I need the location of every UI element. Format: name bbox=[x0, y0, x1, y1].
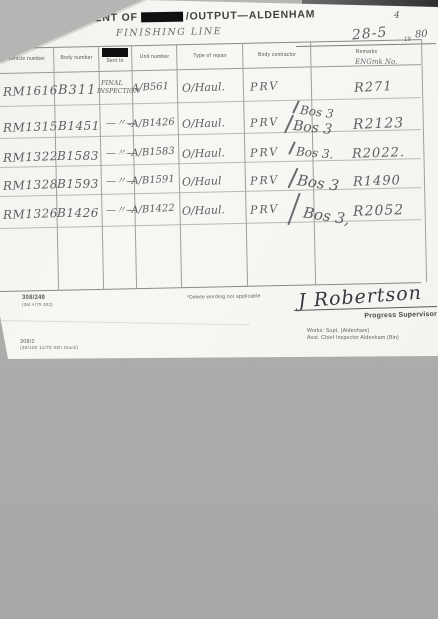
cell-contractor-row1: PRV bbox=[250, 79, 280, 94]
date-correction: 4 bbox=[394, 11, 400, 21]
column-header-body-contractor: Body contractor bbox=[244, 52, 310, 58]
footnote: *Delete wording not applicable bbox=[187, 293, 261, 300]
cell-allocation-row2: Bos 3 bbox=[292, 118, 333, 138]
cell-unit-row5: -A/B1422 bbox=[128, 203, 175, 216]
cell-unit-row4: -A/B1591 bbox=[128, 174, 175, 187]
cell-remark-row5: R2052 bbox=[353, 202, 405, 220]
signature-role: Progress Supervisor bbox=[352, 311, 437, 320]
cell-unit-row1: A/B561 bbox=[132, 81, 170, 94]
cell-allocation-row5: Bos 3, bbox=[302, 203, 351, 228]
cell-remark-row3: R2022. bbox=[352, 145, 406, 162]
column-header-unit-number: Unit number bbox=[133, 54, 176, 60]
cell-allocation-row4: Bos 3 bbox=[296, 171, 340, 195]
form-number: 308/249 bbox=[22, 295, 45, 301]
title-suffix: /OUTPUT—ALDENHAM bbox=[186, 8, 316, 22]
cell-vehicle-row1: RM1616 bbox=[3, 83, 58, 99]
redaction-box-sent-to bbox=[102, 48, 128, 57]
cell-vehicle-row5: RM1326 bbox=[3, 206, 58, 222]
sheet-edge-shadow bbox=[0, 320, 250, 325]
column-header-body-number: Body number bbox=[55, 55, 98, 61]
tick-mark bbox=[292, 100, 300, 114]
form-paper: STATEMENT OF /OUTPUT—ALDENHAM FINISHING … bbox=[0, 0, 438, 360]
cell-repair-row1: O/Haul. bbox=[182, 80, 225, 94]
distribution-line2: Asst. Chief Inspector Aldenham (Bin) bbox=[307, 335, 399, 341]
cell-repair-row3: O/Haul. bbox=[182, 146, 225, 160]
cell-body-row5: B1426 bbox=[57, 206, 99, 220]
cell-remark-row1: R271 bbox=[354, 79, 393, 96]
cell-allocation-row3: Bos 3. bbox=[295, 144, 334, 161]
cell-repair-row5: O/Haul. bbox=[182, 203, 225, 217]
column-line bbox=[421, 39, 427, 282]
remarks-annotation-handwritten: ENGmk No. bbox=[355, 58, 397, 66]
column-header-remarks: Remarks bbox=[312, 49, 421, 55]
row-separator bbox=[0, 97, 421, 107]
cell-body-row1: B311 bbox=[58, 83, 96, 98]
cell-remark-row4: R1490 bbox=[353, 173, 401, 190]
column-header-sent-to: Sent to bbox=[99, 58, 131, 64]
cell-remark-row2: R2123 bbox=[353, 115, 405, 133]
cell-vehicle-row3: RM1322 bbox=[3, 149, 58, 165]
redaction-box-title bbox=[141, 12, 183, 23]
column-header-type-of-repair: Type of repair bbox=[178, 53, 242, 59]
cell-repair-row4: O/Haul bbox=[182, 174, 222, 188]
cell-contractor-row3: PRV bbox=[250, 145, 280, 160]
distribution-line1: Works: Supt. (Aldenham) bbox=[307, 328, 369, 334]
column-line bbox=[176, 44, 182, 287]
row-separator bbox=[0, 219, 421, 229]
cell-repair-row2: O/Haul. bbox=[182, 116, 225, 130]
cell-contractor-row2: PRV bbox=[250, 115, 280, 130]
cell-contractor-row4: PRV bbox=[250, 173, 280, 188]
cell-unit-row3: -A/B1583 bbox=[128, 146, 175, 159]
tick-mark bbox=[287, 193, 301, 226]
cell-sentto-row1-line1: FINAL bbox=[101, 79, 123, 87]
cell-unit-row2: -A/B1426 bbox=[128, 117, 175, 130]
cell-body-row3: B1583 bbox=[57, 149, 99, 163]
form2-print-ref: (30/100 11/78 SDI Stock) bbox=[20, 346, 78, 351]
cell-body-row4: B1593 bbox=[57, 177, 99, 191]
column-line bbox=[242, 43, 248, 286]
column-header-vehicle-number: Vehicle number bbox=[0, 56, 53, 62]
cell-vehicle-row4: RM1328 bbox=[3, 177, 58, 193]
cell-contractor-row5: PRV bbox=[250, 202, 280, 217]
scanned-form-page: STATEMENT OF /OUTPUT—ALDENHAM FINISHING … bbox=[0, 0, 438, 619]
cell-body-row2: B1451 bbox=[58, 119, 100, 133]
cell-vehicle-row2: RM1315 bbox=[3, 119, 58, 135]
date-line bbox=[296, 43, 436, 47]
form2-number: 308/2 bbox=[20, 339, 35, 345]
form-title: STATEMENT OF /OUTPUT—ALDENHAM bbox=[48, 8, 315, 25]
form-print-ref: (3M A/79 302) bbox=[22, 302, 53, 307]
title-prefix: STATEMENT OF bbox=[48, 11, 138, 25]
column-line bbox=[310, 41, 316, 284]
finishing-line-note: FINISHING LINE bbox=[116, 26, 222, 39]
tick-mark bbox=[288, 141, 296, 155]
